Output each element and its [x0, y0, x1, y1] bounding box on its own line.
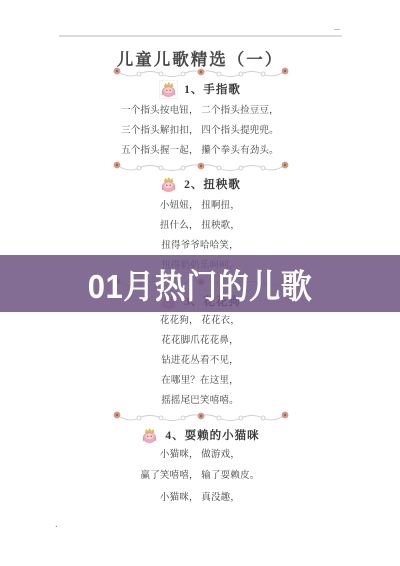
crowned-pig-icon: [140, 426, 159, 445]
lyric-line: 花花狗， 花花衣，: [0, 315, 400, 328]
stray-mark: .: [55, 518, 58, 530]
song-header-2: 2、扭秧歌: [0, 173, 400, 195]
song-header-4: 4、耍赖的小猫咪: [0, 424, 400, 446]
lyric-line: 一个指头按电钮， 二个指头捡豆豆，: [0, 105, 400, 118]
lyric-line: 五个指头握一起， 攥个拳头有劲头。: [0, 145, 400, 158]
lyric-line: 小妞妞， 扭啊扭，: [0, 200, 400, 213]
song-title: 1、手指歌: [184, 81, 241, 97]
lyric-line: 扭什么， 扭秧歌，: [0, 220, 400, 233]
caption-overlay-band: 01月热门的儿歌: [0, 255, 400, 312]
garland-divider-icon: [0, 410, 400, 424]
lyric-line: 赢了笑嘻嘻， 输了耍赖皮。: [0, 470, 400, 483]
top-right-dash: [334, 29, 340, 30]
garland-divider-icon: [0, 160, 400, 174]
lyric-line: 摇摇尾巴笑嘻嘻。: [0, 395, 400, 408]
crowned-pig-icon: [159, 175, 178, 194]
lyric-line: 小猫咪， 做游戏，: [0, 449, 400, 462]
crowned-pig-icon: [159, 80, 178, 99]
lyric-line: 扭得爷爷哈哈笑，: [0, 240, 400, 253]
caption-text: 01月热门的儿歌: [88, 259, 312, 308]
lyric-line: 在哪里？在这里，: [0, 375, 400, 388]
lyric-line: 三个指头解扣扣， 四个指头提兜兜。: [0, 125, 400, 138]
song-title: 4、耍赖的小猫咪: [165, 427, 259, 443]
song-title: 2、扭秧歌: [184, 176, 241, 192]
lyric-line: 花花脚爪花花鼻，: [0, 335, 400, 348]
document-page: 儿童儿歌精选（一）: [0, 0, 400, 566]
header-divider-line: [59, 35, 342, 37]
song-header-1: 1、手指歌: [0, 78, 400, 100]
lyric-line: 小猫咪， 真没趣，: [0, 492, 400, 505]
lyric-line: 钻进花丛看不见，: [0, 355, 400, 368]
